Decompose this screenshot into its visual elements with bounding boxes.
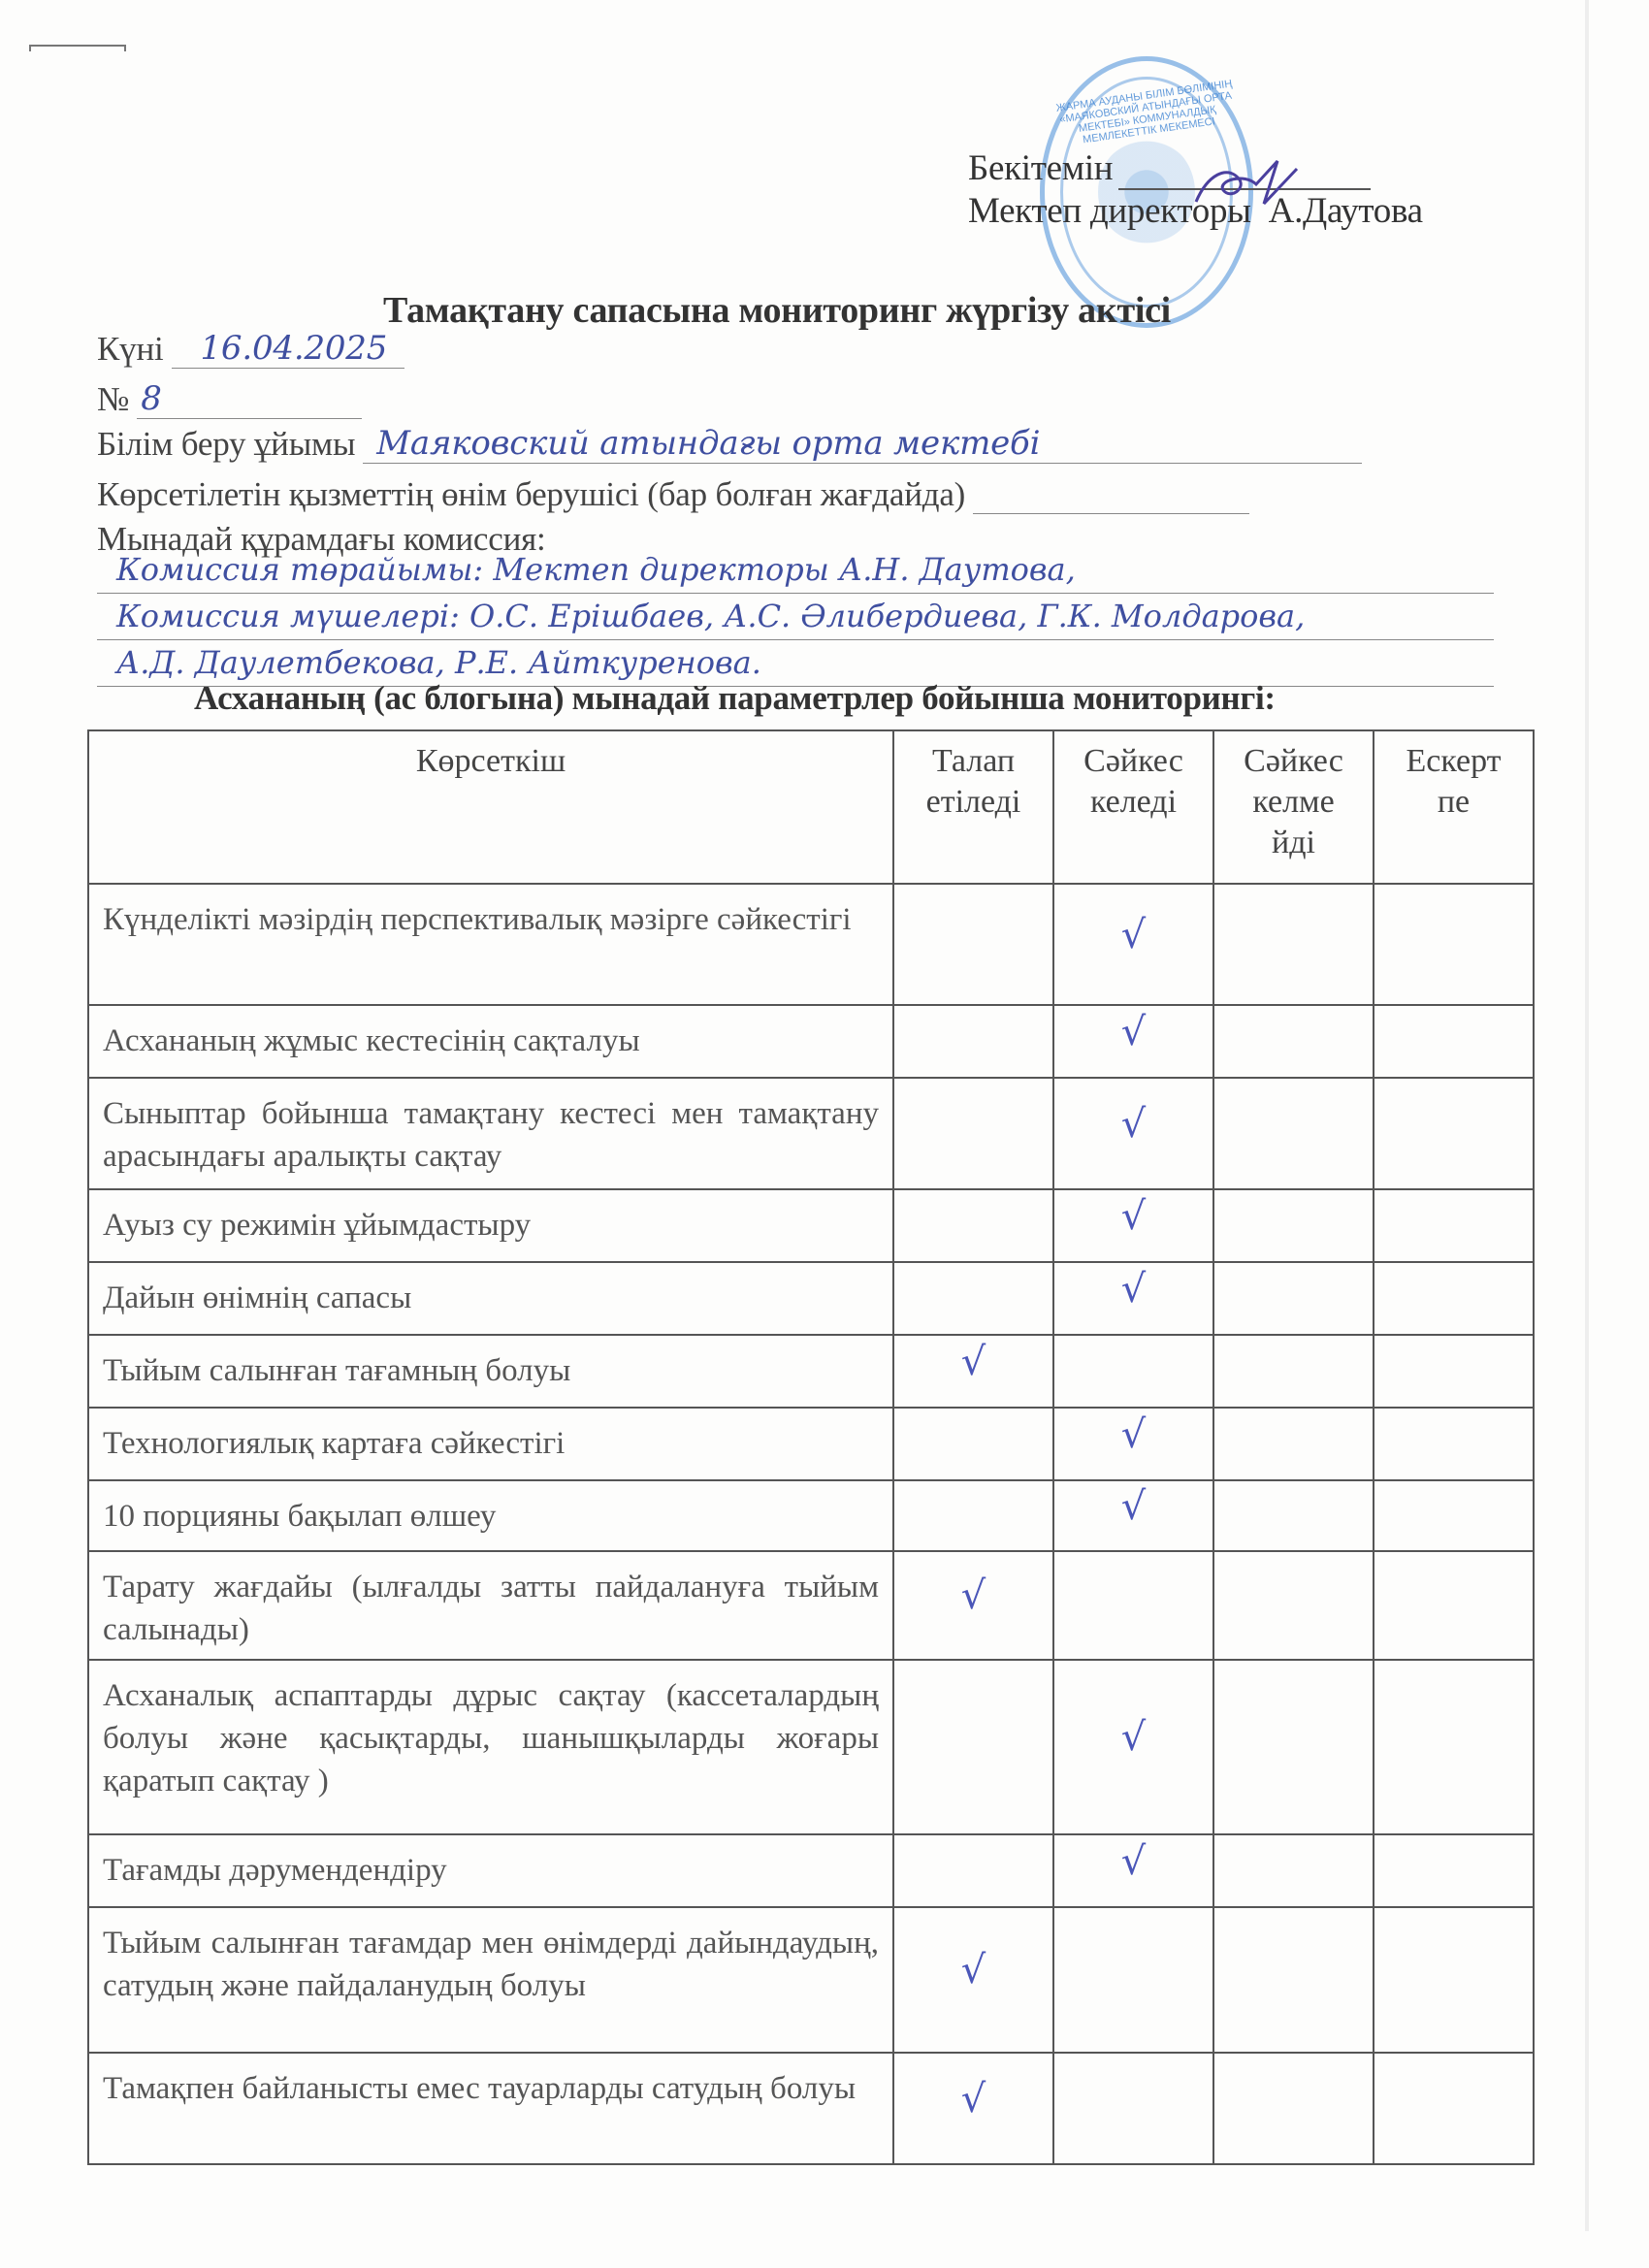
note-cell[interactable]: [1374, 1189, 1534, 1262]
table-row: Технологиялық картаға сәйкестігі√: [88, 1408, 1534, 1480]
table-row: Тағамды дәрумендендіру√: [88, 1834, 1534, 1907]
indicator-cell: Технологиялық картаға сәйкестігі: [88, 1408, 893, 1480]
non-compliant-cell[interactable]: [1213, 1335, 1374, 1408]
date-value: 16.04.2025: [201, 329, 388, 368]
check-mark-icon: √: [961, 2077, 986, 2122]
check-mark-icon: √: [1121, 1010, 1147, 1054]
check-mark-icon: √: [1121, 1839, 1147, 1884]
note-cell[interactable]: [1374, 1335, 1534, 1408]
table-row: Тарату жағдайы (ылғалды затты пайдалануғ…: [88, 1551, 1534, 1660]
table-row: Асхананың жұмыс кестесінің сақталуы√: [88, 1005, 1534, 1078]
table-header-row: КөрсеткішТалапетіледіСәйкескеледіСәйкеск…: [88, 730, 1534, 884]
number-label: №: [97, 380, 129, 419]
non-compliant-cell[interactable]: [1213, 1078, 1374, 1189]
header-compliant: Сәйкескеледі: [1053, 730, 1213, 884]
non-compliant-cell[interactable]: [1213, 1834, 1374, 1907]
organization-field: Білім беру ұйымы Маяковский атындағы орт…: [97, 425, 1362, 464]
compliant-cell[interactable]: √: [1053, 1834, 1213, 1907]
compliant-cell[interactable]: √: [1053, 1005, 1213, 1078]
non-compliant-cell[interactable]: [1213, 1262, 1374, 1335]
note-cell[interactable]: [1374, 1907, 1534, 2053]
compliant-cell[interactable]: [1053, 1335, 1213, 1408]
indicator-cell: Асханалық аспаптарды дұрыс сақтау (кассе…: [88, 1660, 893, 1834]
indicator-cell: Асхананың жұмыс кестесінің сақталуы: [88, 1005, 893, 1078]
document-title: Тамақтану сапасына мониторинг жүргізу ак…: [383, 289, 1171, 332]
required-cell[interactable]: [893, 884, 1053, 1005]
organization-value: Маяковский атындағы орта мектебі: [376, 424, 1040, 463]
note-cell[interactable]: [1374, 1005, 1534, 1078]
header-indicator: Көрсеткіш: [88, 730, 893, 884]
required-cell[interactable]: [893, 1005, 1053, 1078]
header-required: Талапетіледі: [893, 730, 1053, 884]
note-cell[interactable]: [1374, 1078, 1534, 1189]
compliant-cell[interactable]: [1053, 2053, 1213, 2164]
note-cell[interactable]: [1374, 2053, 1534, 2164]
table-row: Ауыз су режимін ұйымдастыру√: [88, 1189, 1534, 1262]
required-cell[interactable]: √: [893, 1335, 1053, 1408]
table-row: Тыйым салынған тағамдар мен өнімдерді да…: [88, 1907, 1534, 2053]
check-mark-icon: √: [961, 1948, 986, 1993]
approve-label: Бекітемін: [968, 147, 1113, 190]
indicator-cell: 10 порцияны бақылап өлшеу: [88, 1480, 893, 1551]
required-cell[interactable]: [893, 1078, 1053, 1189]
staple-mark: [29, 45, 126, 51]
indicator-cell: Тағамды дәрумендендіру: [88, 1834, 893, 1907]
indicator-cell: Тарату жағдайы (ылғалды затты пайдалануғ…: [88, 1551, 893, 1660]
non-compliant-cell[interactable]: [1213, 1408, 1374, 1480]
required-cell[interactable]: √: [893, 1907, 1053, 2053]
monitoring-table: КөрсеткішТалапетіледіСәйкескеледіСәйкеск…: [87, 729, 1535, 2165]
check-mark-icon: √: [1121, 1412, 1147, 1457]
compliant-cell[interactable]: [1053, 1551, 1213, 1660]
page-edge: [1585, 0, 1589, 2231]
non-compliant-cell[interactable]: [1213, 1480, 1374, 1551]
number-value: 8: [141, 379, 161, 418]
compliant-cell[interactable]: √: [1053, 1408, 1213, 1480]
compliant-cell[interactable]: [1053, 1907, 1213, 2053]
number-field: № 8: [97, 380, 362, 419]
non-compliant-cell[interactable]: [1213, 1189, 1374, 1262]
check-mark-icon: √: [1121, 1267, 1147, 1312]
note-cell[interactable]: [1374, 1660, 1534, 1834]
indicator-cell: Тыйым салынған тағамның болуы: [88, 1335, 893, 1408]
note-cell[interactable]: [1374, 1551, 1534, 1660]
compliant-cell[interactable]: √: [1053, 1262, 1213, 1335]
compliant-cell[interactable]: √: [1053, 1660, 1213, 1834]
provider-input[interactable]: [973, 480, 1249, 514]
indicator-cell: Дайын өнімнің сапасы: [88, 1262, 893, 1335]
table-row: Дайын өнімнің сапасы√: [88, 1262, 1534, 1335]
number-input[interactable]: 8: [137, 385, 362, 419]
required-cell[interactable]: [893, 1189, 1053, 1262]
table-row: Күнделікті мәзірдің перспективалық мәзір…: [88, 884, 1534, 1005]
required-cell[interactable]: √: [893, 2053, 1053, 2164]
check-mark-icon: √: [1121, 1484, 1147, 1529]
non-compliant-cell[interactable]: [1213, 1907, 1374, 2053]
compliant-cell[interactable]: √: [1053, 1189, 1213, 1262]
check-mark-icon: √: [1121, 1715, 1147, 1760]
commission-line-2[interactable]: [97, 638, 1494, 640]
table-row: Асханалық аспаптарды дұрыс сақтау (кассе…: [88, 1660, 1534, 1834]
indicator-cell: Сыныптар бойынша тамақтану кестесі мен т…: [88, 1078, 893, 1189]
note-cell[interactable]: [1374, 1408, 1534, 1480]
check-mark-icon: √: [961, 1573, 986, 1618]
non-compliant-cell[interactable]: [1213, 1005, 1374, 1078]
table-caption: Асхананың (ас блогына) мынадай параметрл…: [194, 679, 1276, 718]
required-cell[interactable]: √: [893, 1551, 1053, 1660]
date-input[interactable]: 16.04.2025: [172, 335, 404, 369]
indicator-cell: Тыйым салынған тағамдар мен өнімдерді да…: [88, 1907, 893, 2053]
non-compliant-cell[interactable]: [1213, 1660, 1374, 1834]
indicator-cell: Ауыз су режимін ұйымдастыру: [88, 1189, 893, 1262]
check-mark-icon: √: [1121, 1102, 1147, 1147]
required-cell[interactable]: [893, 1834, 1053, 1907]
non-compliant-cell[interactable]: [1213, 1551, 1374, 1660]
date-label: Күні: [97, 330, 164, 369]
note-cell[interactable]: [1374, 1480, 1534, 1551]
required-cell[interactable]: [893, 1408, 1053, 1480]
signature-icon: [1188, 155, 1305, 213]
table-row: Тамақпен байланысты емес тауарларды сату…: [88, 2053, 1534, 2164]
provider-label: Көрсетілетін қызметтің өнім берушісі (ба…: [97, 475, 965, 514]
date-field: Күні 16.04.2025: [97, 330, 404, 369]
compliant-cell[interactable]: √: [1053, 1078, 1213, 1189]
non-compliant-cell[interactable]: [1213, 2053, 1374, 2164]
note-cell[interactable]: [1374, 1262, 1534, 1335]
table-row: Сыныптар бойынша тамақтану кестесі мен т…: [88, 1078, 1534, 1189]
commission-line-1[interactable]: [97, 592, 1494, 594]
commission-chair: Комиссия төрайымы: Мектеп директоры А.Н.…: [116, 551, 1076, 588]
check-mark-icon: √: [1121, 1194, 1147, 1239]
compliant-cell[interactable]: √: [1053, 1480, 1213, 1551]
compliant-cell[interactable]: √: [1053, 884, 1213, 1005]
non-compliant-cell[interactable]: [1213, 884, 1374, 1005]
required-cell[interactable]: [893, 1480, 1053, 1551]
header-note: Ескертпе: [1374, 730, 1534, 884]
table-row: Тыйым салынған тағамның болуы√: [88, 1335, 1534, 1408]
note-cell[interactable]: [1374, 884, 1534, 1005]
commission-members-2: А.Д. Даулетбекова, Р.Е. Айткуренова.: [116, 644, 761, 681]
table-row: 10 порцияны бақылап өлшеу√: [88, 1480, 1534, 1551]
check-mark-icon: √: [1121, 913, 1147, 957]
required-cell[interactable]: [893, 1262, 1053, 1335]
header-non-compliant: Сәйкескелмейді: [1213, 730, 1374, 884]
commission-members-1: Комиссия мүшелері: О.С. Ерішбаев, А.С. Ә…: [116, 598, 1305, 634]
indicator-cell: Тамақпен байланысты емес тауарларды сату…: [88, 2053, 893, 2164]
provider-field: Көрсетілетін қызметтің өнім берушісі (ба…: [97, 475, 1249, 514]
check-mark-icon: √: [961, 1340, 986, 1384]
note-cell[interactable]: [1374, 1834, 1534, 1907]
required-cell[interactable]: [893, 1660, 1053, 1834]
organization-label: Білім беру ұйымы: [97, 425, 355, 464]
indicator-cell: Күнделікті мәзірдің перспективалық мәзір…: [88, 884, 893, 1005]
organization-input[interactable]: Маяковский атындағы орта мектебі: [363, 430, 1362, 464]
